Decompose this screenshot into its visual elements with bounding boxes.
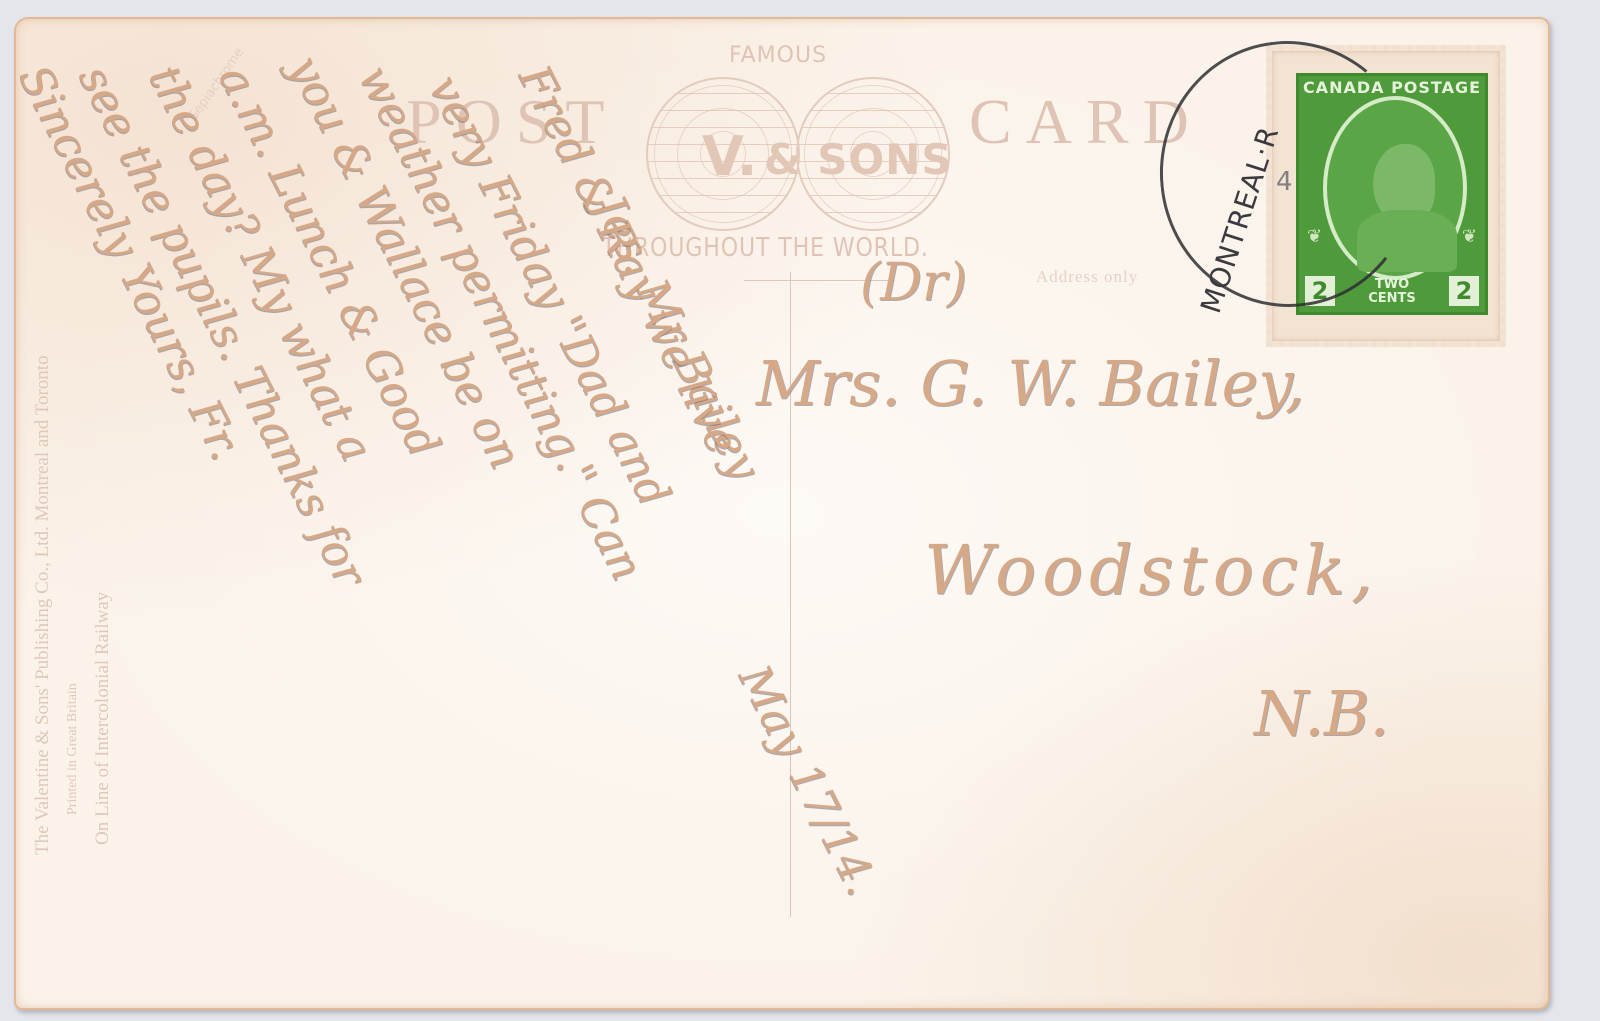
publisher-imprint: The Valentine & Sons' Publishing Co., Lt… (28, 355, 118, 855)
address-note: (Dr) (860, 253, 967, 313)
address-only-label: Address only (1036, 267, 1138, 287)
imprint-line-1: The Valentine & Sons' Publishing Co., Lt… (28, 355, 58, 855)
address-province: N.B. (1254, 677, 1389, 750)
postcard: FAMOUS POST V. & SONS CARD THROUGHOUT TH… (14, 17, 1550, 1010)
logo-sons: & SONS (764, 135, 953, 184)
stamp-denomination-right: 2 (1449, 276, 1479, 306)
maple-leaf-icon: ❦ (1462, 226, 1477, 247)
address-city: Woodstock, (924, 532, 1379, 611)
logo-v: V. (702, 125, 757, 188)
postmark-date: 4 (1276, 167, 1293, 197)
imprint-line-2: Printed in Great Britain (58, 355, 88, 855)
message-date: May 17/14. (729, 657, 888, 904)
stamp-word-cents: CENTS (1343, 292, 1441, 306)
imprint-line-3: On Line of Intercolonial Railway (88, 355, 118, 855)
address-name: Mrs. G. W. Bailey, (756, 347, 1305, 420)
famous-label: FAMOUS (729, 43, 827, 68)
